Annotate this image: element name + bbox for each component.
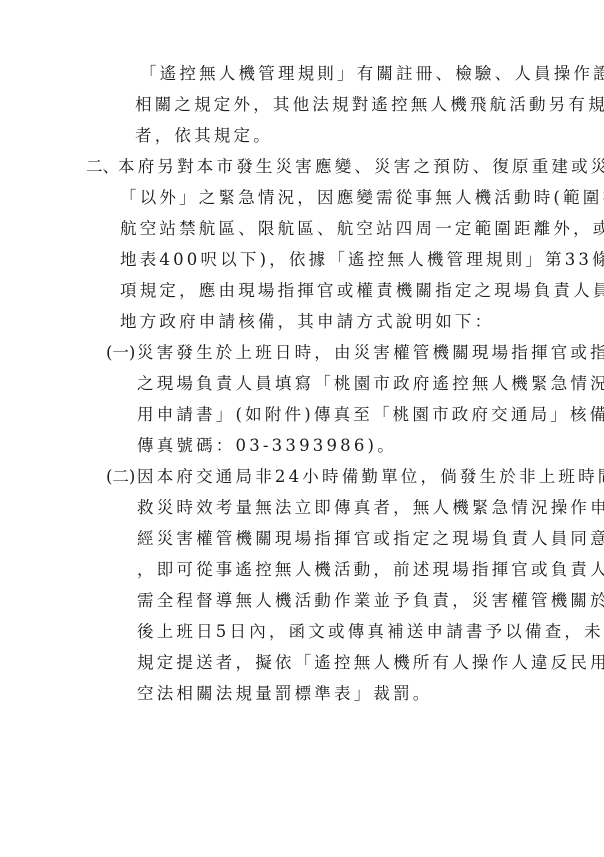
text-line: 災害發生於上班日時，由災害權管機關現場指揮官或指定 (137, 343, 604, 363)
text-line: 「以外」之緊急情況，因應變需從事無人機活動時(範圍在 (120, 188, 604, 208)
text-line: 規定提送者，擬依「遙控無人機所有人操作人違反民用航 (137, 653, 604, 673)
text-line: ，即可從事遙控無人機活動，前述現場指揮官或負責人員 (137, 560, 604, 580)
text-line: 地表400呎以下)，依據「遙控無人機管理規則」第33條第2 (120, 250, 604, 270)
text-line: 航空站禁航區、限航區、航空站四周一定範圍距離外，或距 (120, 219, 604, 239)
text-line: 傳真號碼：03-3393986)。 (137, 436, 397, 456)
text-line: 本府另對本市發生災害應變、災害之預防、復原重建或災害 (118, 157, 604, 177)
text-line: 之現場負責人員填寫「桃園市政府遙控無人機緊急情況使 (137, 374, 604, 394)
text-line: 地方政府申請核備，其申請方式說明如下： (120, 312, 494, 332)
text-line: 空法相關法規量罰標準表」裁罰。 (137, 684, 433, 704)
section-marker: 二、 (86, 157, 119, 177)
text-line: 後上班日5日內，函文或傳真補送申請書予以備查，未依 (137, 622, 604, 642)
item-marker: (二) (106, 467, 135, 487)
text-line: 救災時效考量無法立即傳真者，無人機緊急情況操作申請 (137, 498, 604, 518)
text-line: 「遙控無人機管理規則」有關註冊、檢驗、人員操作證等 (140, 64, 604, 84)
text-line: 者，依其規定。 (135, 126, 273, 146)
text-line: 用申請書」(如附件)傳真至「桃園市政府交通局」核備。( (137, 405, 604, 425)
document-page: 「遙控無人機管理規則」有關註冊、檢驗、人員操作證等 相關之規定外，其他法規對遙控… (0, 0, 604, 857)
text-line: 項規定，應由現場指揮官或權責機關指定之現場負責人員向 (120, 281, 604, 301)
text-line: 經災害權管機關現場指揮官或指定之現場負責人員同意後 (137, 529, 604, 549)
text-line: 因本府交通局非24小時備勤單位，倘發生於非上班時間或 (137, 467, 604, 487)
item-marker: (一) (106, 343, 135, 363)
text-line: 相關之規定外，其他法規對遙控無人機飛航活動另有規定 (135, 95, 604, 115)
text-line: 需全程督導無人機活動作業並予負責，災害權管機關於事 (137, 591, 604, 611)
